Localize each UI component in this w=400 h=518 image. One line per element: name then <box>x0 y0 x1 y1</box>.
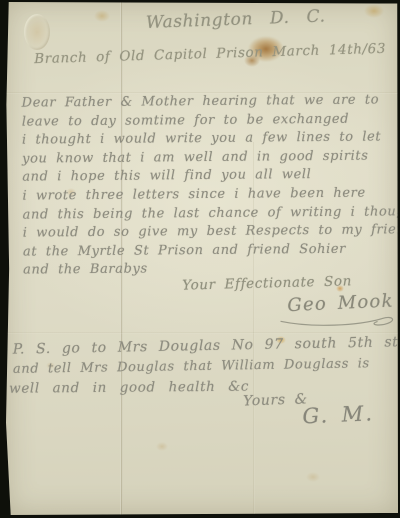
photo-background: Washington D. C. Branch of Old Capitol P… <box>0 0 400 518</box>
letter-place-line: Washington D. C. <box>146 6 326 33</box>
letter-page: Washington D. C. Branch of Old Capitol P… <box>6 2 398 515</box>
letter-content: Washington D. C. Branch of Old Capitol P… <box>4 0 400 516</box>
letter-dateline: Branch of Old Capitol Prison March 14th/… <box>34 41 386 67</box>
postscript-line: P. S. go to Mrs Douglas No 97 south 5th … <box>13 334 399 357</box>
signature-flourish <box>278 313 400 332</box>
closing-valediction: Your Effectionate Son <box>182 273 352 293</box>
postscript-initials: G. M. <box>302 401 375 428</box>
letter-body: Dear Father & Mother hearing that we are… <box>22 92 400 281</box>
postscript-line: well and in good health &c <box>9 379 249 397</box>
postscript-line: and tell Mrs Douglas that William Dougla… <box>13 356 370 377</box>
postscript-valediction: Yours & <box>243 391 308 409</box>
signature: Geo Mook <box>287 290 394 316</box>
